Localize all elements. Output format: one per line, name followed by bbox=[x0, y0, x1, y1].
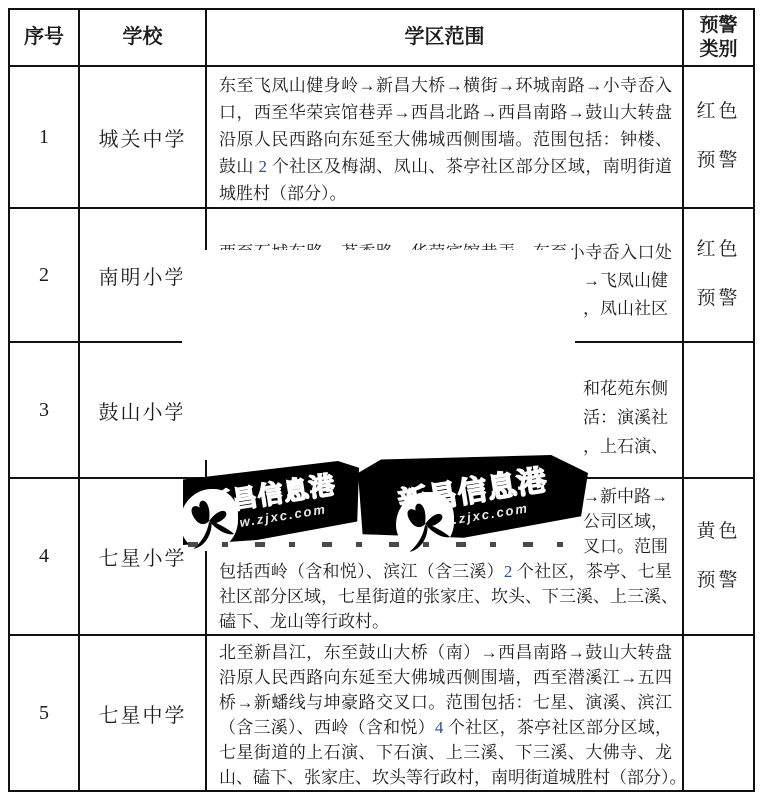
header-index: 序号 bbox=[9, 9, 79, 66]
range-line: 社区部分区域，七星街道的张家庄、坎头、下三溪、上三溪、 bbox=[219, 584, 672, 609]
range-line: 七星街道的上石演、下石演、上三溪、下三溪、大佛寺、龙 bbox=[219, 740, 672, 765]
range-line: 城胜村（部分）。 bbox=[219, 180, 672, 207]
cell-warning-yellow: 黄色 预警 bbox=[683, 478, 754, 635]
cell-index: 2 bbox=[9, 208, 79, 342]
range-line: 东至飞凤山健身岭→新昌大桥→横街→环城南路→小寺岙入 bbox=[219, 72, 672, 99]
cell-school: 城关中学 bbox=[79, 66, 206, 208]
range-line: （含三溪）、西岭（含和悦）4 个社区，茶亭社区部分区域， bbox=[219, 715, 672, 740]
cell-range: 东至飞凤山健身岭→新昌大桥→横街→环城南路→小寺岙入 口，西至华荣宾馆巷弄→西昌… bbox=[206, 66, 683, 208]
cell-index: 1 bbox=[9, 66, 79, 208]
range-line: 北至新昌江，东至鼓山大桥（南）→西昌南路→鼓山大转盘 bbox=[219, 640, 672, 665]
cell-school: 七星中学 bbox=[79, 635, 206, 791]
cell-warning-red: 红色 预警 bbox=[683, 208, 754, 342]
cell-warning-empty bbox=[683, 635, 754, 791]
cell-index: 3 bbox=[9, 342, 79, 478]
cell-warning-red: 红色 预警 bbox=[683, 66, 754, 208]
header-school: 学校 bbox=[79, 9, 206, 66]
partial-text-remnant bbox=[188, 542, 580, 547]
range-line: 鼓山 2 个社区及梅湖、凤山、茶亭社区部分区域，南明街道 bbox=[219, 153, 672, 180]
table-row: 1 城关中学 东至飞凤山健身岭→新昌大桥→横街→环城南路→小寺岙入 口，西至华荣… bbox=[9, 66, 754, 208]
range-line: 沿原人民西路向东延至大佛城西侧围墙，西至潜溪江→五四 bbox=[219, 665, 672, 690]
range-line: 桥→新蟠线与坤豪路交叉口。范围包括：七星、演溪、滨江 bbox=[219, 690, 672, 715]
document-page: 序号 学校 学区范围 预警 类别 1 城关中学 东至飞凤山健身岭→新昌大桥→横街… bbox=[0, 0, 760, 796]
cell-range: 北至新昌江，东至鼓山大桥（南）→西昌南路→鼓山大转盘 沿原人民西路向东延至大佛城… bbox=[206, 635, 683, 791]
cell-index: 4 bbox=[9, 478, 79, 635]
header-warning: 预警 类别 bbox=[683, 9, 754, 66]
range-line: 沿原人民西路向东延至大佛城西侧围墙。范围包括：钟楼、 bbox=[219, 126, 672, 153]
table-header-row: 序号 学校 学区范围 预警 类别 bbox=[9, 9, 754, 66]
table-row: 5 七星中学 北至新昌江，东至鼓山大桥（南）→西昌南路→鼓山大转盘 沿原人民西路… bbox=[9, 635, 754, 791]
redaction-overlay bbox=[182, 250, 575, 460]
range-line: 山、磕下、张家庄、坎头等行政村，南明街道城胜村（部分）。 bbox=[219, 765, 672, 790]
range-line: 磕下、龙山等行政村。 bbox=[219, 609, 672, 634]
count-number: 2 bbox=[259, 157, 268, 176]
range-line: 口，西至华荣宾馆巷弄→西昌北路→西昌南路→鼓山大转盘 bbox=[219, 99, 672, 126]
cell-index: 5 bbox=[9, 635, 79, 791]
range-line: 包括西岭（含和悦）、滨江（含三溪）2 个社区，茶亭、七星 bbox=[219, 559, 672, 584]
cell-warning-empty bbox=[683, 342, 754, 478]
header-range: 学区范围 bbox=[206, 9, 683, 66]
